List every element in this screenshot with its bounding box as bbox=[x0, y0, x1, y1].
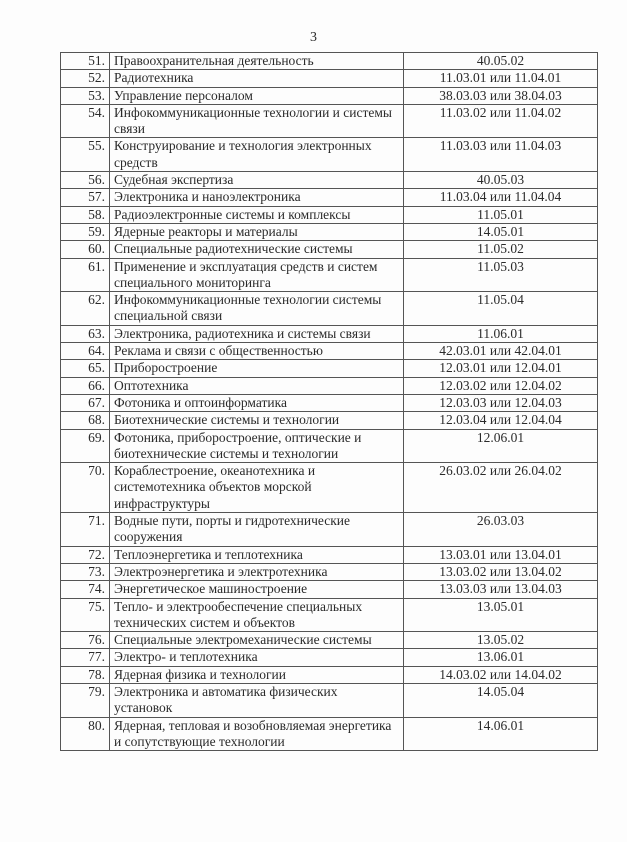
row-number: 53. bbox=[61, 87, 110, 104]
row-number: 70. bbox=[61, 463, 110, 513]
specialty-name: Кораблестроение, океанотехника и системо… bbox=[110, 463, 404, 513]
table-row: 76.Специальные электромеханические систе… bbox=[61, 632, 598, 649]
row-number: 72. bbox=[61, 546, 110, 563]
row-number: 80. bbox=[61, 717, 110, 751]
specialty-code: 11.05.03 bbox=[404, 258, 598, 292]
row-number: 67. bbox=[61, 394, 110, 411]
table-row: 64.Реклама и связи с общественностью42.0… bbox=[61, 343, 598, 360]
specialty-code: 12.03.02 или 12.04.02 bbox=[404, 377, 598, 394]
specialty-code: 42.03.01 или 42.04.01 bbox=[404, 343, 598, 360]
table-row: 71.Водные пути, порты и гидротехнические… bbox=[61, 513, 598, 547]
table-row: 58.Радиоэлектронные системы и комплексы1… bbox=[61, 206, 598, 223]
table-row: 67.Фотоника и оптоинформатика12.03.03 ил… bbox=[61, 394, 598, 411]
specialty-name: Тепло- и электрообеспечение специальных … bbox=[110, 598, 404, 632]
row-number: 71. bbox=[61, 513, 110, 547]
specialty-code: 12.03.04 или 12.04.04 bbox=[404, 412, 598, 429]
specialty-name: Оптотехника bbox=[110, 377, 404, 394]
table-row: 53.Управление персоналом38.03.03 или 38.… bbox=[61, 87, 598, 104]
specialty-code: 12.03.01 или 12.04.01 bbox=[404, 360, 598, 377]
row-number: 66. bbox=[61, 377, 110, 394]
specialty-name: Радиоэлектронные системы и комплексы bbox=[110, 206, 404, 223]
table-row: 66.Оптотехника12.03.02 или 12.04.02 bbox=[61, 377, 598, 394]
specialty-name: Электроника и наноэлектроника bbox=[110, 189, 404, 206]
specialty-name: Ядерная, тепловая и возобновляемая энерг… bbox=[110, 717, 404, 751]
table-row: 78.Ядерная физика и технологии14.03.02 и… bbox=[61, 666, 598, 683]
specialty-code: 13.05.01 bbox=[404, 598, 598, 632]
row-number: 68. bbox=[61, 412, 110, 429]
row-number: 51. bbox=[61, 53, 110, 70]
specialty-name: Ядерная физика и технологии bbox=[110, 666, 404, 683]
specialty-name: Водные пути, порты и гидротехнические со… bbox=[110, 513, 404, 547]
row-number: 75. bbox=[61, 598, 110, 632]
table-row: 75.Тепло- и электрообеспечение специальн… bbox=[61, 598, 598, 632]
row-number: 69. bbox=[61, 429, 110, 463]
table-row: 69.Фотоника, приборостроение, оптические… bbox=[61, 429, 598, 463]
specialty-name: Конструирование и технология электронных… bbox=[110, 138, 404, 172]
table-row: 57.Электроника и наноэлектроника11.03.04… bbox=[61, 189, 598, 206]
specialty-name: Электроника, радиотехника и системы связ… bbox=[110, 325, 404, 342]
specialty-name: Электро- и теплотехника bbox=[110, 649, 404, 666]
table-row: 61.Применение и эксплуатация средств и с… bbox=[61, 258, 598, 292]
row-number: 60. bbox=[61, 241, 110, 258]
table-row: 80.Ядерная, тепловая и возобновляемая эн… bbox=[61, 717, 598, 751]
row-number: 57. bbox=[61, 189, 110, 206]
specialty-code: 13.03.03 или 13.04.03 bbox=[404, 581, 598, 598]
row-number: 78. bbox=[61, 666, 110, 683]
specialty-name: Реклама и связи с общественностью bbox=[110, 343, 404, 360]
specialty-name: Фотоника, приборостроение, оптические и … bbox=[110, 429, 404, 463]
specialty-code: 11.03.01 или 11.04.01 bbox=[404, 70, 598, 87]
specialty-code: 40.05.03 bbox=[404, 172, 598, 189]
row-number: 64. bbox=[61, 343, 110, 360]
table-row: 51.Правоохранительная деятельность40.05.… bbox=[61, 53, 598, 70]
table-row: 68.Биотехнические системы и технологии12… bbox=[61, 412, 598, 429]
specialty-name: Инфокоммуникационные технологии системы … bbox=[110, 292, 404, 326]
specialty-code: 11.03.03 или 11.04.03 bbox=[404, 138, 598, 172]
table-body: 51.Правоохранительная деятельность40.05.… bbox=[61, 53, 598, 751]
row-number: 76. bbox=[61, 632, 110, 649]
table-row: 52.Радиотехника11.03.01 или 11.04.01 bbox=[61, 70, 598, 87]
specialty-name: Фотоника и оптоинформатика bbox=[110, 394, 404, 411]
table-row: 63.Электроника, радиотехника и системы с… bbox=[61, 325, 598, 342]
table-row: 73.Электроэнергетика и электротехника13.… bbox=[61, 563, 598, 580]
specialty-code: 11.03.04 или 11.04.04 bbox=[404, 189, 598, 206]
specialty-code: 11.05.01 bbox=[404, 206, 598, 223]
row-number: 74. bbox=[61, 581, 110, 598]
table-row: 60.Специальные радиотехнические системы1… bbox=[61, 241, 598, 258]
specialty-name: Специальные электромеханические системы bbox=[110, 632, 404, 649]
table-row: 56.Судебная экспертиза40.05.03 bbox=[61, 172, 598, 189]
specialty-code: 40.05.02 bbox=[404, 53, 598, 70]
table-row: 74.Энергетическое машиностроение13.03.03… bbox=[61, 581, 598, 598]
specialty-name: Электроника и автоматика физических уста… bbox=[110, 683, 404, 717]
specialty-name: Управление персоналом bbox=[110, 87, 404, 104]
row-number: 63. bbox=[61, 325, 110, 342]
specialty-code: 13.03.02 или 13.04.02 bbox=[404, 563, 598, 580]
specialty-code: 14.03.02 или 14.04.02 bbox=[404, 666, 598, 683]
table-row: 59.Ядерные реакторы и материалы14.05.01 bbox=[61, 223, 598, 240]
table-row: 62.Инфокоммуникационные технологии систе… bbox=[61, 292, 598, 326]
specialty-name: Теплоэнергетика и теплотехника bbox=[110, 546, 404, 563]
specialty-name: Радиотехника bbox=[110, 70, 404, 87]
page-number: 3 bbox=[0, 30, 627, 46]
row-number: 73. bbox=[61, 563, 110, 580]
specialty-name: Применение и эксплуатация средств и сист… bbox=[110, 258, 404, 292]
specialty-code: 11.03.02 или 11.04.02 bbox=[404, 104, 598, 138]
table-row: 79.Электроника и автоматика физических у… bbox=[61, 683, 598, 717]
specialty-name: Правоохранительная деятельность bbox=[110, 53, 404, 70]
specialty-code: 14.05.01 bbox=[404, 223, 598, 240]
specialty-name: Инфокоммуникационные технологии и систем… bbox=[110, 104, 404, 138]
specialty-code: 11.05.02 bbox=[404, 241, 598, 258]
specialty-name: Судебная экспертиза bbox=[110, 172, 404, 189]
specialty-code: 14.06.01 bbox=[404, 717, 598, 751]
row-number: 55. bbox=[61, 138, 110, 172]
row-number: 79. bbox=[61, 683, 110, 717]
specialty-code: 13.03.01 или 13.04.01 bbox=[404, 546, 598, 563]
specialty-code: 26.03.02 или 26.04.02 bbox=[404, 463, 598, 513]
specialty-code: 12.03.03 или 12.04.03 bbox=[404, 394, 598, 411]
specialty-name: Ядерные реакторы и материалы bbox=[110, 223, 404, 240]
specialty-code: 38.03.03 или 38.04.03 bbox=[404, 87, 598, 104]
specialty-code: 13.05.02 bbox=[404, 632, 598, 649]
specialty-name: Приборостроение bbox=[110, 360, 404, 377]
specialty-name: Специальные радиотехнические системы bbox=[110, 241, 404, 258]
table-row: 55.Конструирование и технология электрон… bbox=[61, 138, 598, 172]
specialty-code: 26.03.03 bbox=[404, 513, 598, 547]
specialty-code: 11.06.01 bbox=[404, 325, 598, 342]
table-row: 77.Электро- и теплотехника13.06.01 bbox=[61, 649, 598, 666]
row-number: 52. bbox=[61, 70, 110, 87]
specialty-name: Энергетическое машиностроение bbox=[110, 581, 404, 598]
row-number: 58. bbox=[61, 206, 110, 223]
row-number: 54. bbox=[61, 104, 110, 138]
specialty-code: 11.05.04 bbox=[404, 292, 598, 326]
specialty-code: 13.06.01 bbox=[404, 649, 598, 666]
row-number: 62. bbox=[61, 292, 110, 326]
table-row: 70.Кораблестроение, океанотехника и сист… bbox=[61, 463, 598, 513]
row-number: 59. bbox=[61, 223, 110, 240]
row-number: 65. bbox=[61, 360, 110, 377]
row-number: 56. bbox=[61, 172, 110, 189]
specialties-table: 51.Правоохранительная деятельность40.05.… bbox=[60, 52, 598, 751]
row-number: 77. bbox=[61, 649, 110, 666]
specialty-name: Биотехнические системы и технологии bbox=[110, 412, 404, 429]
table-row: 54.Инфокоммуникационные технологии и сис… bbox=[61, 104, 598, 138]
table-row: 65.Приборостроение12.03.01 или 12.04.01 bbox=[61, 360, 598, 377]
row-number: 61. bbox=[61, 258, 110, 292]
specialty-code: 14.05.04 bbox=[404, 683, 598, 717]
table-row: 72.Теплоэнергетика и теплотехника13.03.0… bbox=[61, 546, 598, 563]
specialty-code: 12.06.01 bbox=[404, 429, 598, 463]
specialty-name: Электроэнергетика и электротехника bbox=[110, 563, 404, 580]
